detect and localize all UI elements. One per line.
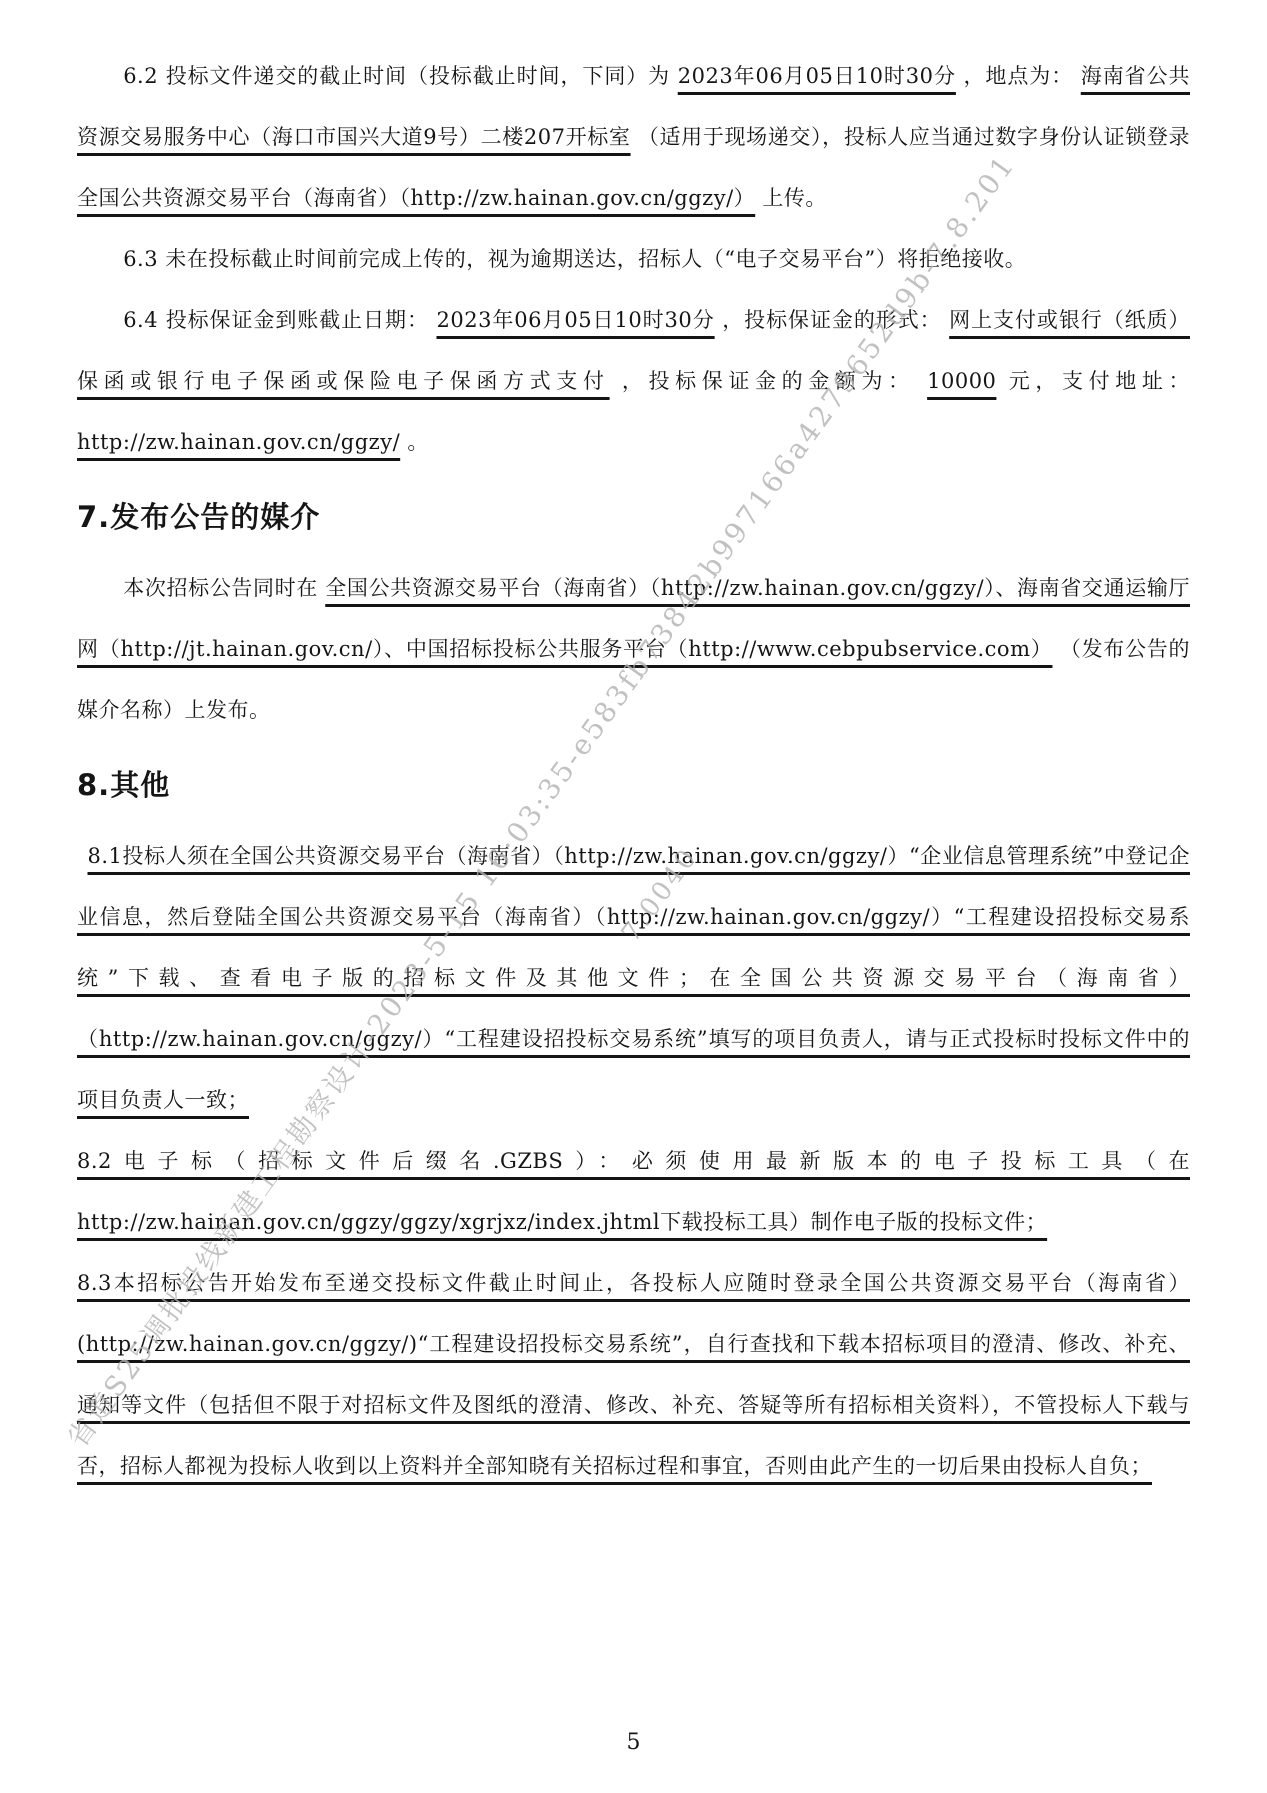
text-segment: （适用于现场递交），投标人应当通过数字身份认证锁登录: [631, 125, 1190, 149]
filled-blank-text: 2023年06月05日10时30分: [436, 308, 714, 332]
section-heading-7: 7.发布公告的媒介: [77, 487, 1190, 548]
paragraph-7: 本次招标公告同时在 全国公共资源交易平台（海南省）（http://zw.hain…: [77, 558, 1190, 741]
text-segment: 本次招标公告同时在: [123, 576, 325, 600]
text-segment: 6.3 未在投标截止时间前完成上传的，视为逾期送达，招标人（“电子交易平台”）将…: [123, 247, 1026, 271]
filled-blank-text: 10000: [927, 369, 996, 393]
paragraph-8-2: 8.2电子标（招标文件后缀名.GZBS）：必须使用最新版本的电子投标工具（在ht…: [77, 1131, 1190, 1253]
paragraph-8-3: 8.3本招标公告开始发布至递交投标文件截止时间止，各投标人应随时登录全国公共资源…: [77, 1253, 1190, 1497]
text-segment: 上传。: [755, 186, 827, 210]
text-segment: ，投标保证金的金额为：: [610, 369, 928, 393]
section-heading-8: 8.其他: [77, 755, 1190, 816]
paragraph-6-4: 6.4 投标保证金到账截止日期： 2023年06月05日10时30分 ，投标保证…: [77, 290, 1190, 473]
text-segment: 6.4 投标保证金到账截止日期：: [123, 308, 436, 332]
filled-blank-text: 8.3本招标公告开始发布至递交投标文件截止时间止，各投标人应随时登录全国公共资源…: [77, 1271, 1190, 1478]
filled-blank-text: 2023年06月05日10时30分: [678, 64, 956, 88]
text-segment: ，地点为：: [956, 64, 1081, 88]
paragraph-6-3: 6.3 未在投标截止时间前完成上传的，视为逾期送达，招标人（“电子交易平台”）将…: [77, 229, 1190, 290]
text-segment: 元，支付地址：: [996, 369, 1190, 393]
text-segment: 。: [400, 430, 429, 454]
filled-blank-text: 8.2电子标（招标文件后缀名.GZBS）：必须使用最新版本的电子投标工具（在ht…: [77, 1149, 1190, 1234]
page-number: 5: [0, 1730, 1267, 1755]
filled-blank-text: 全国公共资源交易平台（海南省）（http://zw.hainan.gov.cn/…: [77, 186, 755, 210]
document-page: 省道S25调批投线新建工程勘察设计-2023-5-15 16:03:35-e58…: [0, 0, 1267, 1793]
paragraph-8-1: 8.1投标人须在全国公共资源交易平台（海南省）（http://zw.hainan…: [77, 826, 1190, 1131]
text-segment: 6.2 投标文件递交的截止时间（投标截止时间，下同）为: [123, 64, 678, 88]
filled-blank-text: 8.1投标人须在全国公共资源交易平台（海南省）（http://zw.hainan…: [77, 844, 1190, 1112]
document-body: 6.2 投标文件递交的截止时间（投标截止时间，下同）为 2023年06月05日1…: [77, 46, 1190, 1497]
paragraph-6-2: 6.2 投标文件递交的截止时间（投标截止时间，下同）为 2023年06月05日1…: [77, 46, 1190, 229]
text-segment: ，投标保证金的形式：: [715, 308, 950, 332]
filled-blank-text: http://zw.hainan.gov.cn/ggzy/: [77, 430, 400, 454]
